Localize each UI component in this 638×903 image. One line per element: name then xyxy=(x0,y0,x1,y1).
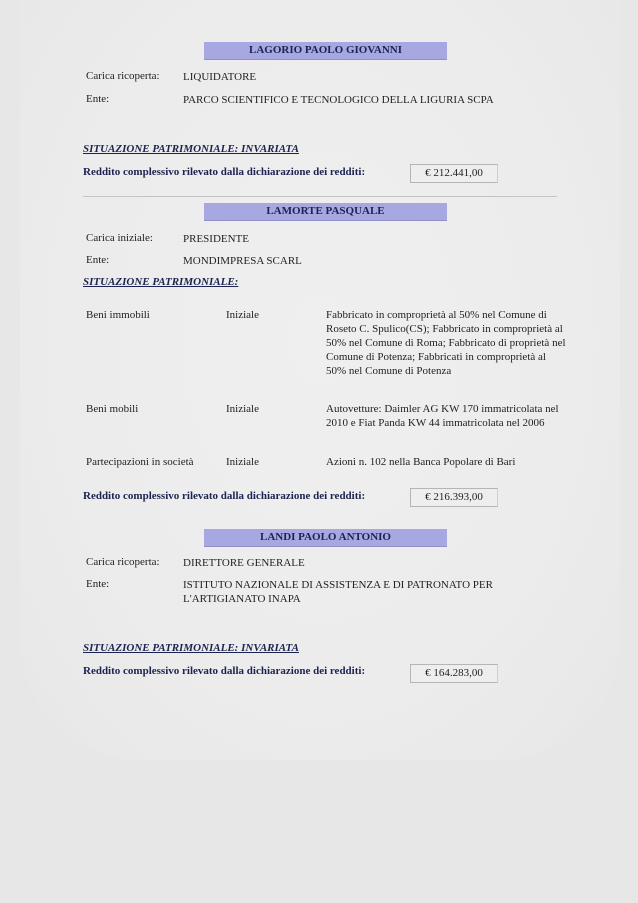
income-value: € 164.283,00 xyxy=(410,664,498,683)
entity-value: ISTITUTO NAZIONALE DI ASSISTENZA E DI PA… xyxy=(183,578,543,606)
entity-value: MONDIMPRESA SCARL xyxy=(183,254,302,268)
entity-label: Ente: xyxy=(86,93,109,105)
situation-heading: SITUAZIONE PATRIMONIALE: xyxy=(83,276,238,288)
asset-description: Azioni n. 102 nella Banca Popolare di Ba… xyxy=(326,455,566,469)
role-label: Carica ricoperta: xyxy=(86,70,160,82)
role-label: Carica ricoperta: xyxy=(86,556,160,568)
situation-heading: SITUAZIONE PATRIMONIALE: INVARIATA xyxy=(83,143,299,155)
income-label: Reddito complessivo rilevato dalla dichi… xyxy=(83,490,365,502)
income-label: Reddito complessivo rilevato dalla dichi… xyxy=(83,166,365,178)
entity-label: Ente: xyxy=(86,254,109,266)
income-value: € 212.441,00 xyxy=(410,164,498,183)
entity-value: PARCO SCIENTIFICO E TECNOLOGICO DELLA LI… xyxy=(183,93,494,107)
asset-category: Beni immobili xyxy=(86,308,226,322)
income-label: Reddito complessivo rilevato dalla dichi… xyxy=(83,665,365,677)
situation-heading: SITUAZIONE PATRIMONIALE: INVARIATA xyxy=(83,642,299,654)
person-name-header: LAMORTE PASQUALE xyxy=(204,203,447,221)
asset-category: Partecipazioni in società xyxy=(86,455,226,469)
person-name-header: LANDI PAOLO ANTONIO xyxy=(204,529,447,547)
entity-label: Ente: xyxy=(86,578,109,590)
role-value: PRESIDENTE xyxy=(183,232,249,246)
asset-description: Autovetture: Daimler AG KW 170 immatrico… xyxy=(326,402,566,430)
asset-status: Iniziale xyxy=(226,308,316,322)
income-value: € 216.393,00 xyxy=(410,488,498,507)
section-divider xyxy=(83,196,557,197)
asset-description: Fabbricato in comproprietà al 50% nel Co… xyxy=(326,308,566,378)
document-page: LAGORIO PAOLO GIOVANNI Carica ricoperta:… xyxy=(0,0,638,903)
role-value: LIQUIDATORE xyxy=(183,70,256,84)
person-name-header: LAGORIO PAOLO GIOVANNI xyxy=(204,42,447,60)
asset-status: Iniziale xyxy=(226,455,316,469)
role-label: Carica iniziale: xyxy=(86,232,153,244)
asset-status: Iniziale xyxy=(226,402,316,416)
role-value: DIRETTORE GENERALE xyxy=(183,556,305,570)
asset-category: Beni mobili xyxy=(86,402,226,416)
